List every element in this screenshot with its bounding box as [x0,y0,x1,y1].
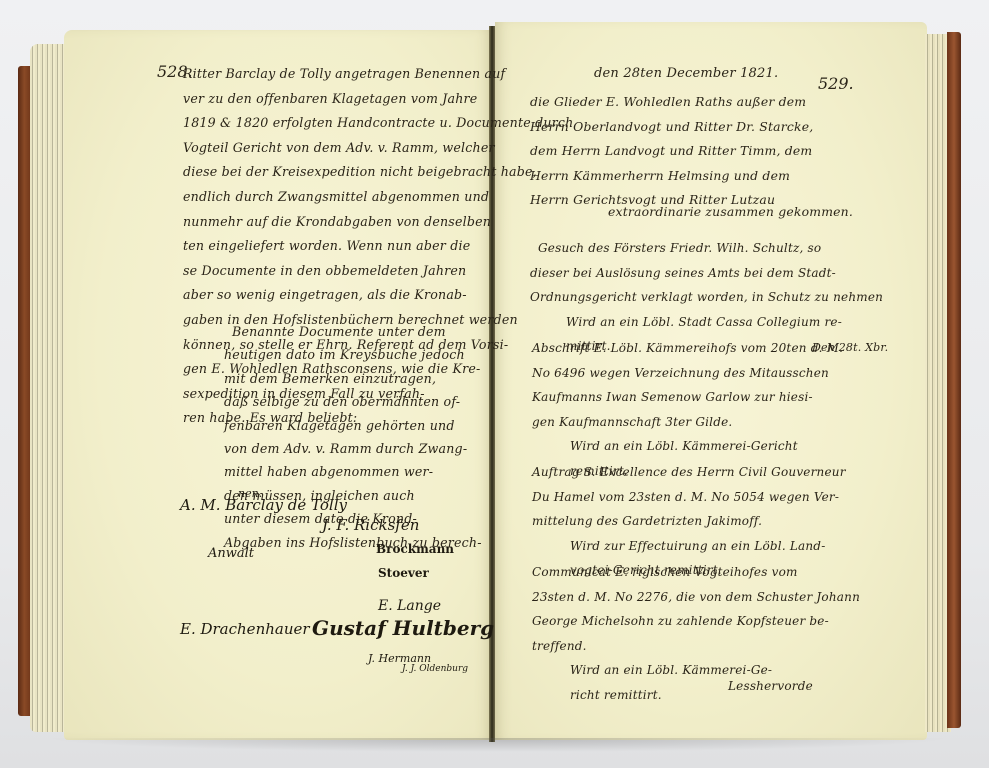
text-line: Abschrift E. Löbl. Kämmereihofs vom 20te… [532,336,843,361]
left-page-edges [30,44,66,732]
text-line: diese bei der Kreisexpedition nicht beig… [183,160,573,185]
text-line: dieser bei Auslösung seines Amts bei dem… [530,261,883,286]
closing-signature: Lesshervorde [728,674,813,699]
text-line: 1819 & 1820 erfolgten Handcontracte u. D… [183,111,573,136]
signature-drachenhauer: E. Drachenhauer [180,620,310,638]
text-line: George Michelsohn zu zahlende Kopfsteuer… [532,609,860,634]
resolution-line: richt remittirt. [570,683,860,708]
signature-barclay-de-tolly: A. M. Barclay de Tolly [180,496,347,514]
margin-note-date: Den 28t. Xbr. [812,336,888,361]
text-line: Kaufmanns Iwan Semenow Garlow zur hiesi- [532,385,843,410]
text-line: Benannte Documente unter dem [232,320,482,343]
text-line: 23sten d. M. No 2276, die von dem Schust… [532,585,860,610]
text-line: mittelung des Gardetrizten Jakimoff. [532,509,846,534]
signature-ricksfen: J. F. Ricksfen [322,516,419,534]
signature-lange: E. Lange [378,598,441,614]
text-line: daß selbige zu den obermähnten of- [224,390,482,413]
text-line: Ritter Barclay de Tolly angetragen Benen… [183,62,573,87]
text-line: Herrn Kämmerherrn Helmsing und dem [530,164,813,189]
text-line: Du Hamel vom 23sten d. M. No 5054 wegen … [532,485,846,510]
attendance-block: die Glieder E. Wohledlen Raths außer dem… [530,90,813,213]
text-line: treffend. [532,634,860,659]
resolution-line: Wird an ein Löbl. Stadt Cassa Collegium … [566,310,883,335]
text-line: se Documente in den obbemeldeten Jahren [183,259,573,284]
open-ledger-book: 528. Ritter Barclay de Tolly angetragen … [0,0,989,768]
text-line: Ordnungsgericht verklagt worden, in Schu… [530,285,883,310]
resolution-line: Wird an ein Löbl. Kämmerei-Ge- [570,658,860,683]
right-page-number: 529. [818,74,854,93]
text-line: die Glieder E. Wohledlen Raths außer dem [530,90,813,115]
resolution-line: Wird zur Effectuirung an ein Löbl. Land- [570,534,846,559]
signature-hultberg: Gustaf Hultberg [312,616,494,640]
date-header: den 28ten December 1821. [594,62,778,87]
text-line: aber so wenig eingetragen, als die Krona… [183,283,573,308]
right-cover-binding [947,32,961,728]
text-line: ver zu den offenbaren Klagetagen vom Jah… [183,87,573,112]
signature-oldenburg: J. J. Oldenburg [402,664,468,674]
text-line: mittel haben abgenommen wer- [224,460,482,483]
text-line: Gesuch des Försters Friedr. Wilh. Schult… [538,236,883,261]
text-line: Herrn Oberlandvogt und Ritter Dr. Starck… [530,115,813,140]
text-line: Vogteil Gericht von dem Adv. v. Ramm, we… [183,136,573,161]
text-line: heutigen dato im Kreysbuche jedoch [224,343,482,366]
signature-stoever: Stoever [378,566,429,580]
text-line: von dem Adv. v. Ramm durch Zwang- [224,437,482,460]
text-line: fenbaren Klagetagen gehörten und [224,414,482,437]
text-line: Auftrag S. Excellence des Herrn Civil Go… [532,460,846,485]
book-shadow [40,738,955,752]
signature-anwalt: Anwalt [208,546,254,561]
text-line: gen Kaufmannschaft 3ter Gilde. [532,410,843,435]
text-line: Communicat E. rigischen Vogteihofes vom [532,560,860,585]
text-line: No 6496 wegen Verzeichnung des Mitaussch… [532,361,843,386]
session-note: extraordinarie zusammen gekommen. [608,200,853,225]
text-line: nunmehr auf die Krondabgaben von denselb… [183,210,573,235]
text-line: dem Herrn Landvogt und Ritter Timm, dem [530,139,813,164]
text-line: endlich durch Zwangsmittel abgenommen un… [183,185,573,210]
text-line: mit dem Bemerken einzutragen, [224,367,482,390]
signature-brockmann: Brockmann [376,542,454,556]
text-line: ten eingeliefert worden. Wenn nun aber d… [183,234,573,259]
resolution-line: Wird an ein Löbl. Kämmerei-Gericht [570,434,843,459]
